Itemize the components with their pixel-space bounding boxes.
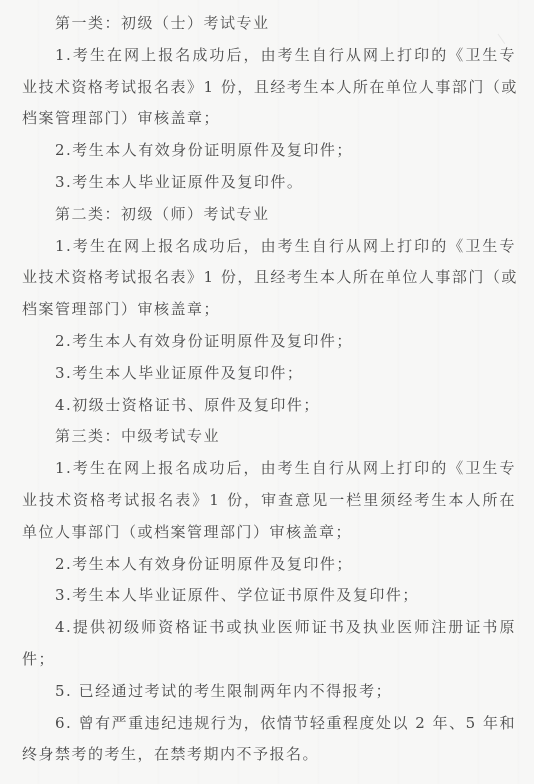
list-item-line: 2.考生本人有效身份证明原件及复印件；	[22, 326, 516, 358]
document-page: 第一类：初级（士）考试专业 1.考生在网上报名成功后，由考生自行从网上打印的《卫…	[0, 0, 534, 784]
section-intermediate: 第三类：中级考试专业 1.考生在网上报名成功后，由考生自行从网上打印的《卫生专 …	[0, 421, 534, 771]
list-item-line: 终身禁考的考生，在禁考期内不予报名。	[22, 739, 516, 771]
list-item-line: 3.考生本人毕业证原件及复印件；	[22, 358, 516, 390]
list-item-line: 1.考生在网上报名成功后，由考生自行从网上打印的《卫生专	[22, 231, 516, 263]
section-heading: 第三类：中级考试专业	[22, 421, 516, 453]
list-item: 3.考生本人毕业证原件及复印件。	[0, 167, 534, 199]
list-item: 2.考生本人有效身份证明原件及复印件；	[0, 549, 534, 581]
list-item: 4.初级士资格证书、原件及复印件；	[0, 390, 534, 422]
list-item-line: 档案管理部门）审核盖章；	[22, 294, 516, 326]
list-item-line: 1.考生在网上报名成功后，由考生自行从网上打印的《卫生专	[22, 40, 516, 72]
list-item-line: 3.考生本人毕业证原件、学位证书原件及复印件；	[22, 580, 516, 612]
list-item-line: 5. 已经通过考试的考生限制两年内不得报考；	[22, 676, 516, 708]
list-item: 1.考生在网上报名成功后，由考生自行从网上打印的《卫生专 业技术资格考试报名表》…	[0, 453, 534, 548]
list-item-line: 业技术资格考试报名表》1 份，审查意见一栏里须经考生本人所在	[22, 485, 516, 517]
list-item: 5. 已经通过考试的考生限制两年内不得报考；	[0, 676, 534, 708]
section-junior-shi-teacher: 第二类：初级（师）考试专业 1.考生在网上报名成功后，由考生自行从网上打印的《卫…	[0, 199, 534, 422]
section-junior-shi: 第一类：初级（士）考试专业 1.考生在网上报名成功后，由考生自行从网上打印的《卫…	[0, 8, 534, 199]
list-item-line: 业技术资格考试报名表》1 份，且经考生本人所在单位人事部门（或	[22, 72, 516, 104]
list-item: 4.提供初级师资格证书或执业医师证书及执业医师注册证书原 件；	[0, 612, 534, 676]
section-heading: 第一类：初级（士）考试专业	[22, 8, 516, 40]
list-item-line: 2.考生本人有效身份证明原件及复印件；	[22, 549, 516, 581]
list-item-line: 档案管理部门）审核盖章；	[22, 103, 516, 135]
list-item-line: 单位人事部门（或档案管理部门）审核盖章；	[22, 517, 516, 549]
list-item: 6. 曾有严重违纪违规行为，依情节轻重程度处以 2 年、5 年和 终身禁考的考生…	[0, 708, 534, 772]
list-item-line: 4.初级士资格证书、原件及复印件；	[22, 390, 516, 422]
list-item: 1.考生在网上报名成功后，由考生自行从网上打印的《卫生专 业技术资格考试报名表》…	[0, 40, 534, 135]
list-item-line: 2.考生本人有效身份证明原件及复印件；	[22, 135, 516, 167]
list-item-line: 6. 曾有严重违纪违规行为，依情节轻重程度处以 2 年、5 年和	[22, 708, 516, 740]
section-heading: 第二类：初级（师）考试专业	[22, 199, 516, 231]
list-item-line: 3.考生本人毕业证原件及复印件。	[22, 167, 516, 199]
list-item-line: 1.考生在网上报名成功后，由考生自行从网上打印的《卫生专	[22, 453, 516, 485]
list-item: 2.考生本人有效身份证明原件及复印件；	[0, 135, 534, 167]
list-item-line: 业技术资格考试报名表》1 份，且经考生本人所在单位人事部门（或	[22, 262, 516, 294]
list-item-line: 件；	[22, 644, 516, 676]
list-item: 1.考生在网上报名成功后，由考生自行从网上打印的《卫生专 业技术资格考试报名表》…	[0, 231, 534, 326]
list-item: 3.考生本人毕业证原件、学位证书原件及复印件；	[0, 580, 534, 612]
list-item-line: 4.提供初级师资格证书或执业医师证书及执业医师注册证书原	[22, 612, 516, 644]
list-item: 3.考生本人毕业证原件及复印件；	[0, 358, 534, 390]
list-item: 2.考生本人有效身份证明原件及复印件；	[0, 326, 534, 358]
